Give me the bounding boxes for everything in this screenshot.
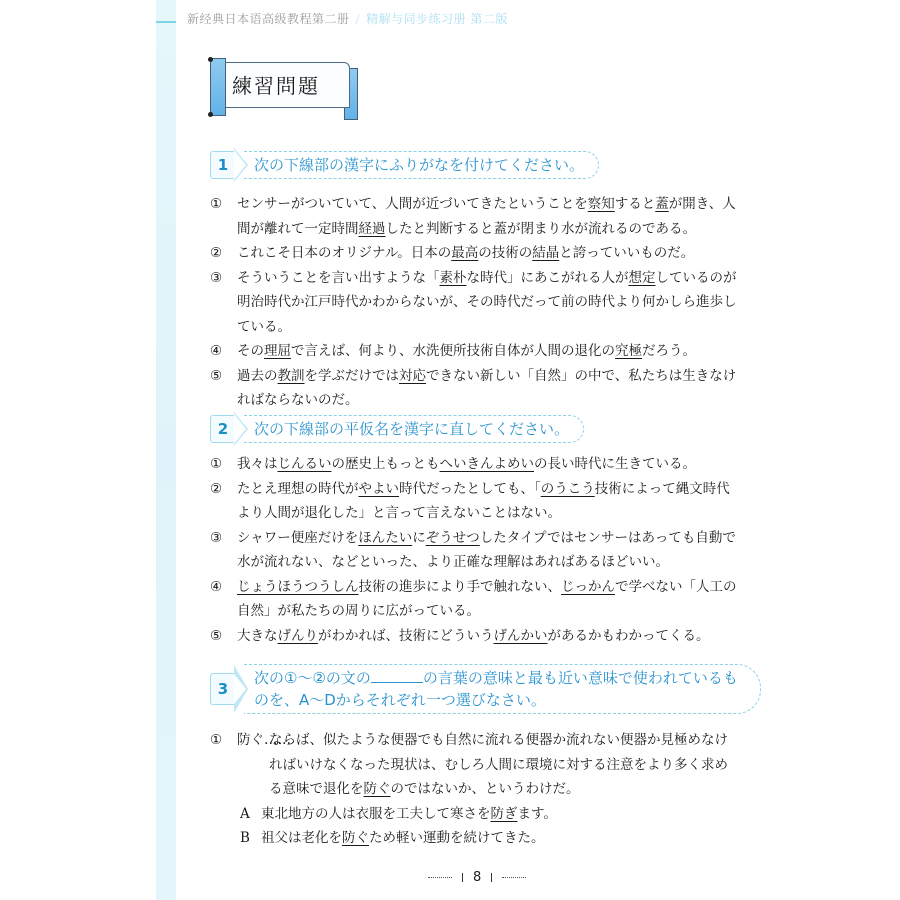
- underlined-term: ほんたい: [358, 530, 412, 546]
- exercise-item: ③シャワー便座だけをほんたいにぞうせつしたタイプではセンサーはあっても自動で水が…: [210, 526, 740, 575]
- page-title: 練習問題: [232, 70, 320, 99]
- sentence-text: その: [237, 343, 264, 359]
- underlined-term: 想定: [629, 270, 656, 286]
- exercise-item: ⑤大きなげんりがわかれば、技術にどういうげんかいがあるかもわかってくる。: [210, 624, 740, 649]
- section-number-badge: 2: [210, 415, 235, 443]
- underlined-term: へいきんよめい: [440, 456, 535, 472]
- instruction-text: 次の①～②の文の: [254, 669, 371, 687]
- item-text: そういうことを言い出すような「素朴な時代」にあこがれる人が想定しているのが明治時…: [237, 270, 737, 335]
- underlined-term: じんるい: [278, 456, 332, 472]
- blank-line: [371, 668, 423, 683]
- answer-choice: A東北地方の人は衣服を工夫して寒さを防ぎます。: [210, 802, 740, 827]
- section-1-header: 1 次の下線部の漢字にふりがなを付けてください。: [210, 148, 599, 182]
- section-2-items: ①我々はじんるいの歴史上もっともへいきんよめいの長い時代に生きている。②たとえ理…: [210, 452, 740, 648]
- sentence-text: の長い時代に生きている。: [534, 456, 696, 472]
- section-instruction: 次の下線部の平仮名を漢字に直してください。: [244, 415, 584, 443]
- arrow-icon: [234, 665, 248, 713]
- item-text: ならば、似たような便器でも自然に流れる便器か流れない便器か見極めなければいけなく…: [269, 728, 740, 802]
- exercise-item: ②これこそ日本のオリジナル。日本の最高の技術の結晶と誇っていいものだ。: [210, 241, 740, 266]
- item-number: ②: [210, 477, 230, 502]
- sentence-text: だろう。: [642, 343, 696, 359]
- choice-letter: A: [240, 802, 250, 827]
- section-instruction: 次の下線部の漢字にふりがなを付けてください。: [244, 151, 599, 179]
- section-number-badge: 1: [210, 151, 235, 179]
- underlined-term: 究極: [615, 343, 642, 359]
- page-side-stripe: [156, 0, 176, 900]
- sentence-text: を学ぶだけでは: [305, 368, 400, 384]
- sentence-text: の技術の: [478, 245, 532, 261]
- item-text: 我々はじんるいの歴史上もっともへいきんよめいの長い時代に生きている。: [237, 456, 696, 472]
- underlined-term: じょうほうつうしん: [237, 579, 359, 595]
- sentence-text: ます。: [518, 806, 557, 822]
- book-subtitle: 精解与同步练习册 第二版: [366, 12, 508, 26]
- section-1-items: ①センサーがついていて、人間が近づいてきたということを察知すると蓋が開き、人間が…: [210, 192, 740, 413]
- section-2-header: 2 次の下線部の平仮名を漢字に直してください。: [210, 412, 584, 446]
- footer-dots-left: [428, 877, 452, 878]
- item-number: ①: [210, 452, 230, 477]
- choice-text: 祖父は老化を防ぐため軽い運動を続けてきた。: [237, 826, 740, 851]
- arrow-icon: [234, 412, 248, 446]
- running-head-separator: /: [356, 12, 361, 26]
- underlined-term: 防ぐ: [342, 830, 369, 846]
- sentence-text: 祖父は老化を: [261, 830, 342, 846]
- choice-letter: B: [240, 826, 250, 851]
- sentence-text: したと判断すると蓋が閉まり水が流れるのである。: [386, 221, 697, 237]
- page-number: 8: [473, 870, 481, 885]
- page-number-footer: 8: [428, 870, 526, 885]
- sentence-text: がわかれば、技術にどういう: [318, 628, 494, 644]
- underlined-term: 察知: [588, 196, 615, 212]
- sentence-text: これこそ日本のオリジナル。日本の: [237, 245, 451, 261]
- item-text: シャワー便座だけをほんたいにぞうせつしたタイプではセンサーはあっても自動で水が流…: [237, 530, 736, 571]
- sentence-text: があるかもわかってくる。: [548, 628, 710, 644]
- sentence-text: センサーがついていて、人間が近づいてきたということを: [237, 196, 588, 212]
- sentence-text: 過去の: [237, 368, 278, 384]
- arrow-icon: [234, 148, 248, 182]
- exercise-item: ①我々はじんるいの歴史上もっともへいきんよめいの長い時代に生きている。: [210, 452, 740, 477]
- title-banner: 練習問題: [210, 56, 358, 116]
- sentence-text: たとえ理想の時代が: [237, 481, 359, 497]
- underlined-term: 経過: [359, 221, 386, 237]
- section-number-badge: 3: [210, 673, 235, 705]
- sentence-text: 東北地方の人は衣服を工夫して寒さを: [261, 806, 491, 822]
- item-number: ④: [210, 339, 230, 364]
- exercise-item: ④その理屈で言えば、何より、水洗便所技術自体が人間の退化の究極だろう。: [210, 339, 740, 364]
- header-accent-line: [156, 21, 176, 23]
- sentence-text: で言えば、何より、水洗便所技術自体が人間の退化の: [291, 343, 615, 359]
- underlined-term: ぞうせつ: [426, 530, 480, 546]
- exercise-item: ①センサーがついていて、人間が近づいてきたということを察知すると蓋が開き、人間が…: [210, 192, 740, 241]
- instruction-text: のを、A～Dからそれぞれ一つ選びなさい。: [254, 689, 738, 711]
- item-text: センサーがついていて、人間が近づいてきたということを察知すると蓋が開き、人間が離…: [237, 196, 736, 237]
- item-text: これこそ日本のオリジナル。日本の最高の技術の結晶と誇っていいものだ。: [237, 245, 694, 261]
- underlined-term: げんり: [278, 628, 319, 644]
- target-word: 防ぐ……: [237, 728, 291, 753]
- instruction-text: の言葉の意味と最も近い意味で使われているも: [423, 669, 738, 687]
- sentence-text: のではないか、というわけだ。: [391, 781, 580, 797]
- footer-tick: [462, 873, 463, 882]
- sentence-text: な時代」にあこがれる人が: [467, 270, 629, 286]
- underlined-term: 教訓: [278, 368, 305, 384]
- item-number: ④: [210, 575, 230, 600]
- exercise-item: ③そういうことを言い出すような「素朴な時代」にあこがれる人が想定しているのが明治…: [210, 266, 740, 340]
- underlined-term: 理屈: [264, 343, 291, 359]
- section-instruction: 次の①～②の文のの言葉の意味と最も近い意味で使われているも のを、A～Dからそれ…: [244, 664, 761, 714]
- sentence-text: と誇っていいものだ。: [559, 245, 694, 261]
- answer-choice: B祖父は老化を防ぐため軽い運動を続けてきた。: [210, 826, 740, 851]
- item-number: ⑤: [210, 624, 230, 649]
- section-3-items: ①防ぐ……ならば、似たような便器でも自然に流れる便器か流れない便器か見極めなけれ…: [210, 728, 740, 851]
- sentence-text: の歴史上もっとも: [332, 456, 440, 472]
- item-text: じょうほうつうしん技術の進歩により手で触れない、じっかんで学べない「人工の自然」…: [237, 579, 737, 620]
- sentence-text: すると: [615, 196, 656, 212]
- underlined-term: 結晶: [532, 245, 559, 261]
- item-number: ⑤: [210, 364, 230, 389]
- section-3-header: 3 次の①～②の文のの言葉の意味と最も近い意味で使われているも のを、A～Dから…: [210, 664, 761, 714]
- choice-text: 東北地方の人は衣服を工夫して寒さを防ぎます。: [237, 802, 740, 827]
- item-text: 過去の教訓を学ぶだけでは対応できない新しい「自然」の中で、私たちは生きなければな…: [237, 368, 736, 409]
- underlined-term: 最高: [451, 245, 478, 261]
- exercise-item: ⑤過去の教訓を学ぶだけでは対応できない新しい「自然」の中で、私たちは生きなければ…: [210, 364, 740, 413]
- item-text: その理屈で言えば、何より、水洗便所技術自体が人間の退化の究極だろう。: [237, 343, 696, 359]
- underlined-term: 防ぎ: [491, 806, 518, 822]
- item-text: たとえ理想の時代がやよい時代だったとしても、「のうこう技術によって縄文時代より人…: [237, 481, 730, 522]
- book-title: 新经典日本语高级教程第二册: [187, 12, 350, 26]
- item-number: ②: [210, 241, 230, 266]
- footer-dots-right: [502, 877, 526, 878]
- sentence-text: そういうことを言い出すような「: [237, 270, 440, 286]
- sentence-text: 大きな: [237, 628, 278, 644]
- underlined-term: 蓋: [655, 196, 669, 212]
- sentence-text: シャワー便座だけを: [237, 530, 358, 546]
- sentence-text: 時代だったとしても、「: [399, 481, 541, 497]
- item-number: ③: [210, 266, 230, 291]
- item-number: ①: [210, 192, 230, 217]
- exercise-item: ④じょうほうつうしん技術の進歩により手で触れない、じっかんで学べない「人工の自然…: [210, 575, 740, 624]
- underlined-term: 対応: [399, 368, 426, 384]
- underlined-term: やよい: [359, 481, 400, 497]
- sentence-text: 技術の進歩により手で触れない、: [359, 579, 562, 595]
- running-head: 新经典日本语高级教程第二册/精解与同步练习册 第二版: [187, 10, 508, 27]
- exercise-item: ①防ぐ……ならば、似たような便器でも自然に流れる便器か流れない便器か見極めなけれ…: [210, 728, 740, 802]
- underlined-term: 防ぐ: [364, 781, 391, 797]
- item-text: 大きなげんりがわかれば、技術にどういうげんかいがあるかもわかってくる。: [237, 628, 710, 644]
- underlined-term: のうこう: [541, 481, 595, 497]
- footer-tick: [491, 873, 492, 882]
- item-number: ③: [210, 526, 230, 551]
- sentence-text: 我々は: [237, 456, 278, 472]
- exercise-item: ②たとえ理想の時代がやよい時代だったとしても、「のうこう技術によって縄文時代より…: [210, 477, 740, 526]
- underlined-term: 素朴: [440, 270, 467, 286]
- banner-scroll-left: [210, 58, 226, 116]
- underlined-term: じっかん: [561, 579, 615, 595]
- sentence-text: ため軽い運動を続けてきた。: [369, 830, 545, 846]
- underlined-term: げんかい: [494, 628, 548, 644]
- item-number: ①: [210, 728, 222, 753]
- sentence-text: に: [412, 530, 426, 546]
